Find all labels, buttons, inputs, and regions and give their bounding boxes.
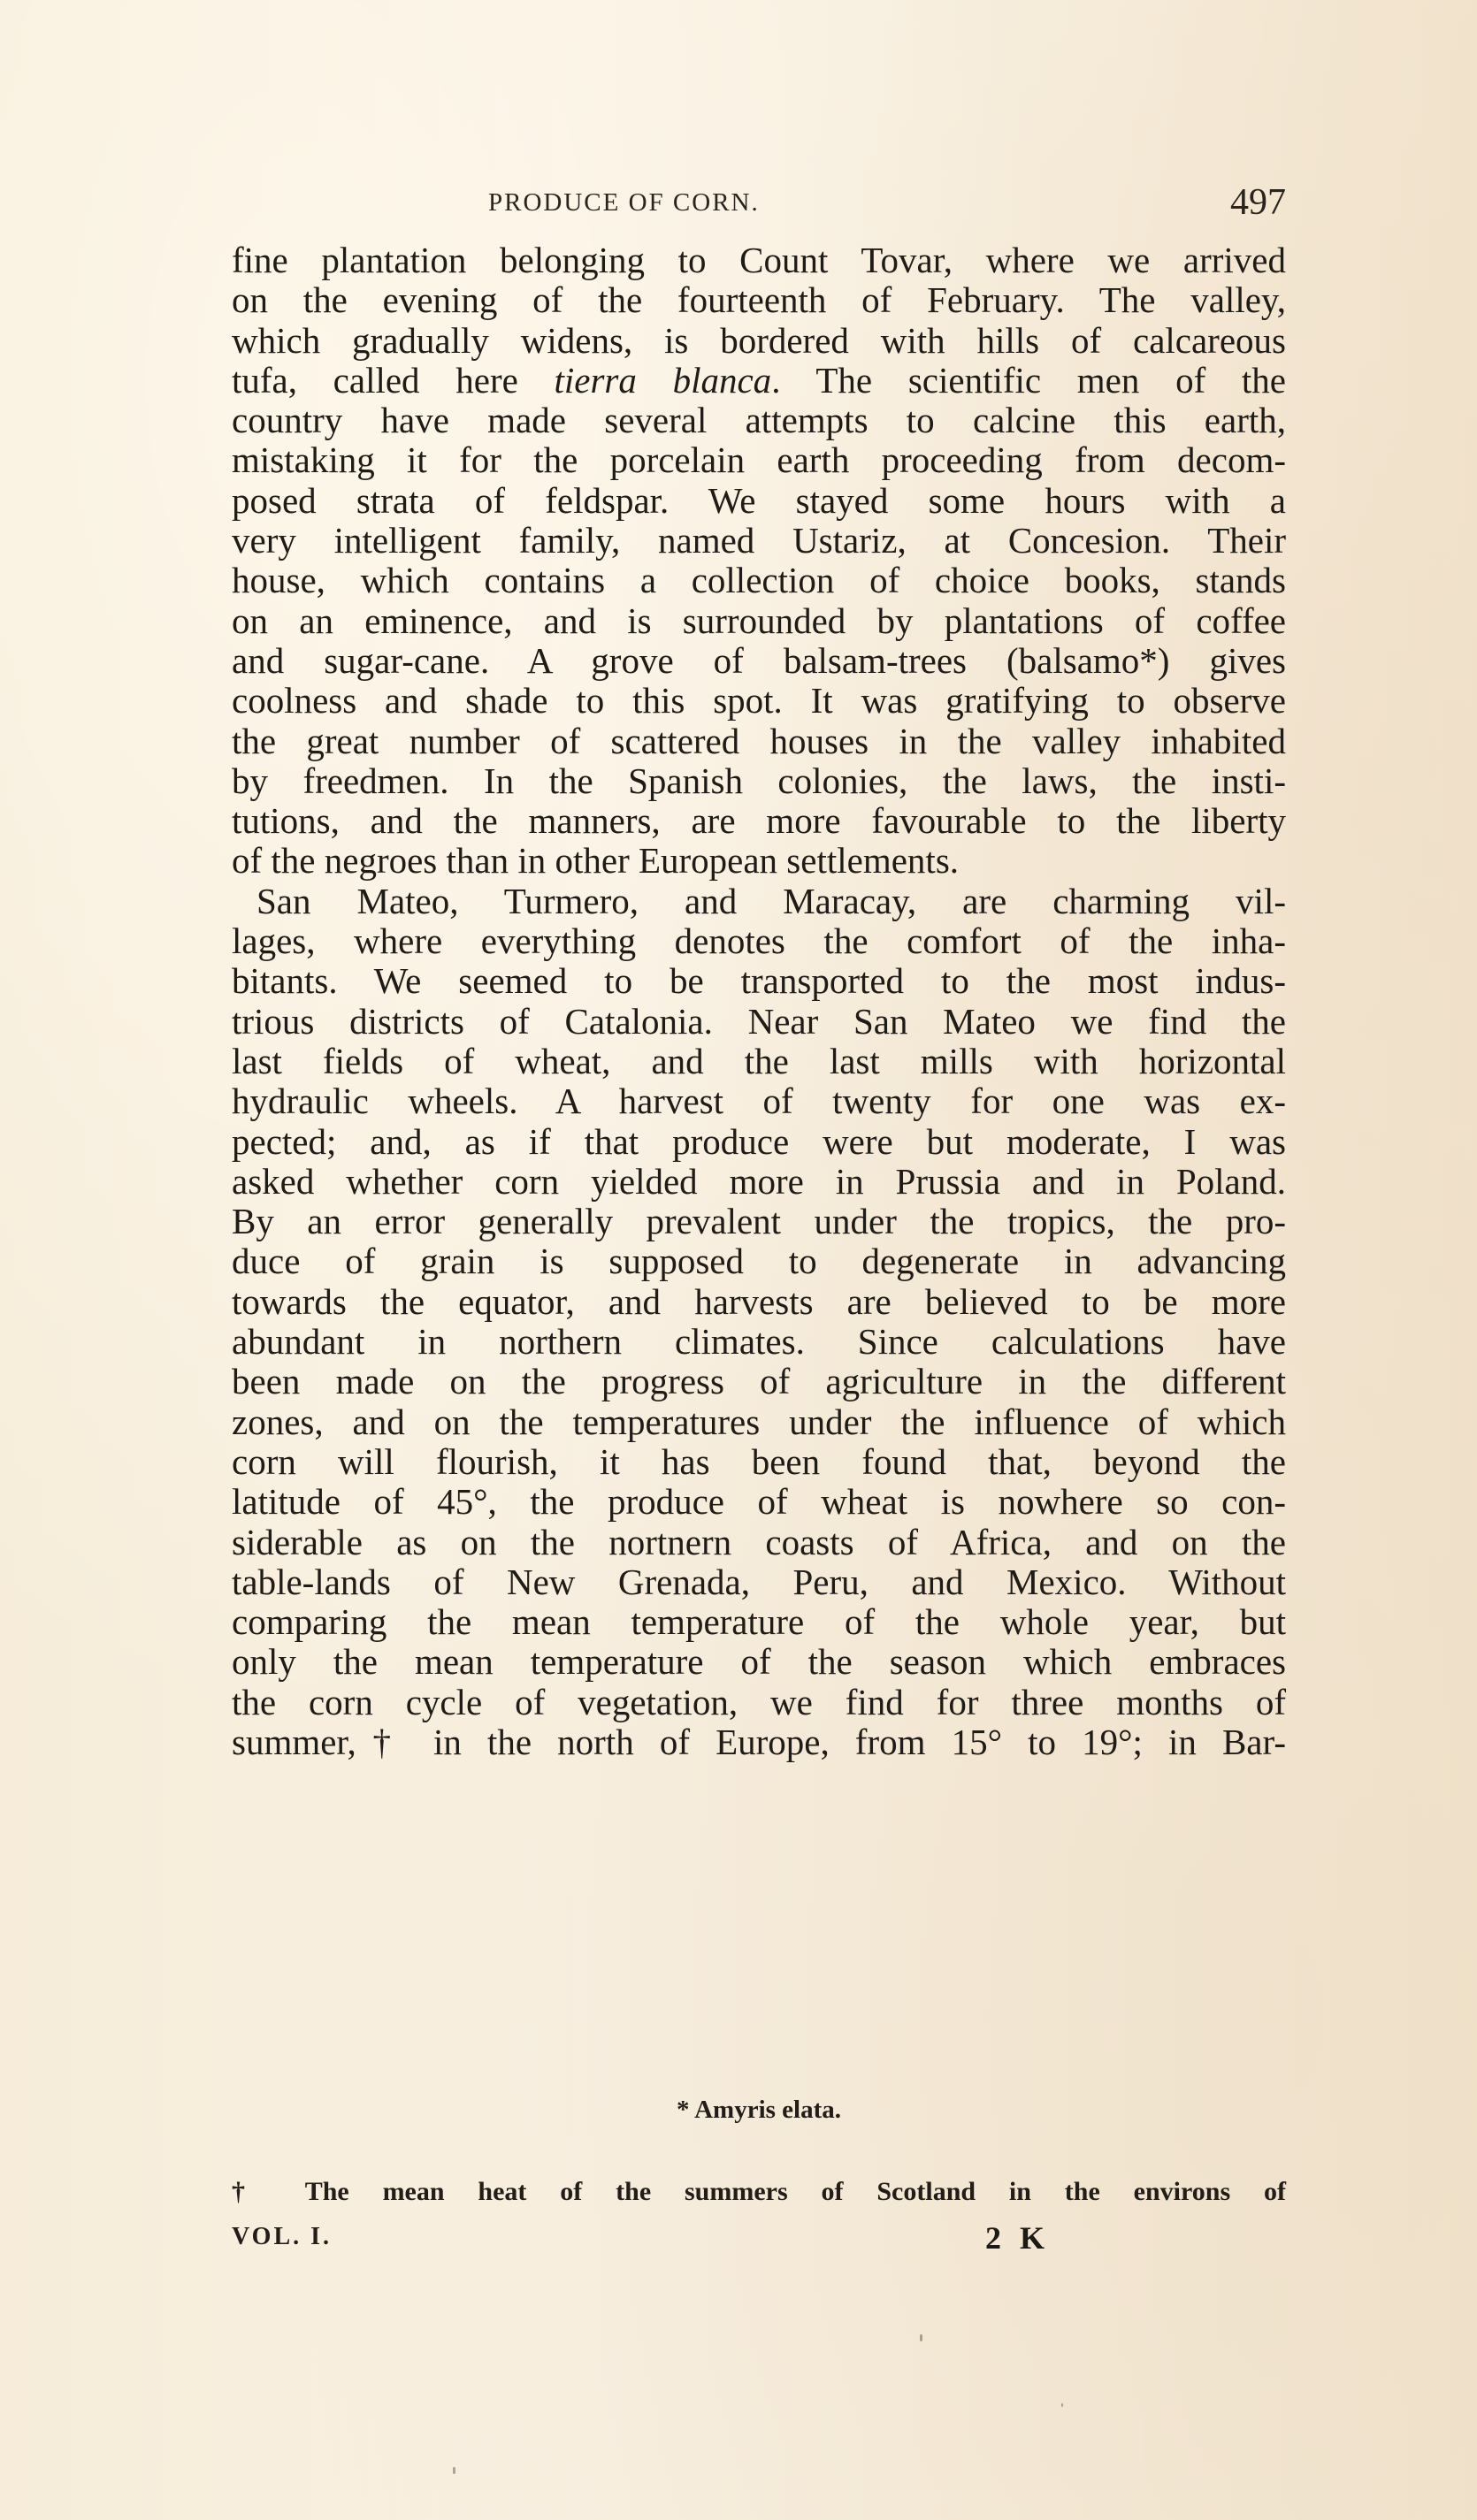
italic-term: tierra blanca [555,360,772,401]
text-line: been made on the progress of agriculture… [232,1362,1286,1401]
text-line: duce of grain is supposed to degenerate … [232,1241,1286,1281]
text-line: table-lands of New Grenada, Peru, and Me… [232,1562,1286,1602]
text-line: zones, and on the temperatures under the… [232,1402,1286,1442]
book-page: PRODUCE OF CORN. 497 fine plantation bel… [0,0,1477,2520]
footnote-asterisk: * Amyris elata. [232,2096,1286,2125]
text-line: siderable as on the nortnern coasts of A… [232,1523,1286,1562]
running-head: PRODUCE OF CORN. 497 [232,181,1286,225]
volume-label: VOL. I. [232,2223,332,2251]
text-line: only the mean temperature of the season … [232,1642,1286,1682]
text-line: on the evening of the fourteenth of Febr… [232,280,1286,320]
text-line: towards the equator, and harvests are be… [232,1282,1286,1322]
page-number: 497 [1230,181,1286,224]
text-line: By an error generally prevalent under th… [232,1202,1286,1241]
text-line: mistaking it for the porcelain earth pro… [232,440,1286,480]
text-line: corn will flourish, it has been found th… [232,1442,1286,1482]
text-line: lages, where everything denotes the comf… [232,921,1286,961]
text-line: very intelligent family, named Ustariz, … [232,521,1286,561]
signature-mark: 2 K [985,2219,1050,2257]
text-line: last fields of wheat, and the last mills… [232,1042,1286,1081]
text-line: posed strata of feldspar. We stayed some… [232,481,1286,521]
text-line: comparing the mean temperature of the wh… [232,1602,1286,1642]
paper-speck [920,2334,922,2341]
body-text: fine plantation belonging to Count Tovar… [232,241,1286,1762]
text-line: tutions, and the manners, are more favou… [232,801,1286,841]
text-segment: tufa, called here [232,360,555,401]
paper-speck [1061,2403,1063,2407]
text-line: country have made several attempts to ca… [232,401,1286,440]
text-segment: . The scientific men of the [771,360,1286,401]
text-line: which gradually widens, is bordered with… [232,321,1286,361]
text-line: by freedmen. In the Spanish colonies, th… [232,761,1286,801]
text-line: abundant in northern climates. Since cal… [232,1322,1286,1362]
text-line: on an eminence, and is surrounded by pla… [232,601,1286,641]
text-line-paragraph-end: of the negroes than in other European se… [232,841,1286,881]
text-line-paragraph-start: San Mateo, Turmero, and Maracay, are cha… [232,882,1286,921]
text-line: hydraulic wheels. A harvest of twenty fo… [232,1081,1286,1121]
text-line: coolness and shade to this spot. It was … [232,681,1286,721]
text-line: summer,† in the north of Europe, from 15… [232,1722,1286,1762]
text-line: the corn cycle of vegetation, we find fo… [232,1683,1286,1722]
text-line: latitude of 45°, the produce of wheat is… [232,1482,1286,1522]
text-line: and sugar-cane. A grove of balsam-trees … [232,641,1286,681]
running-title: PRODUCE OF CORN. [488,188,760,218]
text-line: the great number of scattered houses in … [232,722,1286,761]
text-line-with-italic: tufa, called here tierra blanca. The sci… [232,361,1286,401]
footnote-dagger: † The mean heat of the summers of Scotla… [232,2177,1286,2207]
text-line: pected; and, as if that produce were but… [232,1122,1286,1162]
text-line: house, which contains a collection of ch… [232,561,1286,600]
text-line: bitants. We seemed to be transported to … [232,961,1286,1001]
text-line: fine plantation belonging to Count Tovar… [232,241,1286,280]
signature-line: VOL. I. 2 K [232,2219,1286,2255]
paper-speck [453,2467,455,2474]
text-line: asked whether corn yielded more in Pruss… [232,1162,1286,1202]
text-line: trious districts of Catalonia. Near San … [232,1002,1286,1042]
